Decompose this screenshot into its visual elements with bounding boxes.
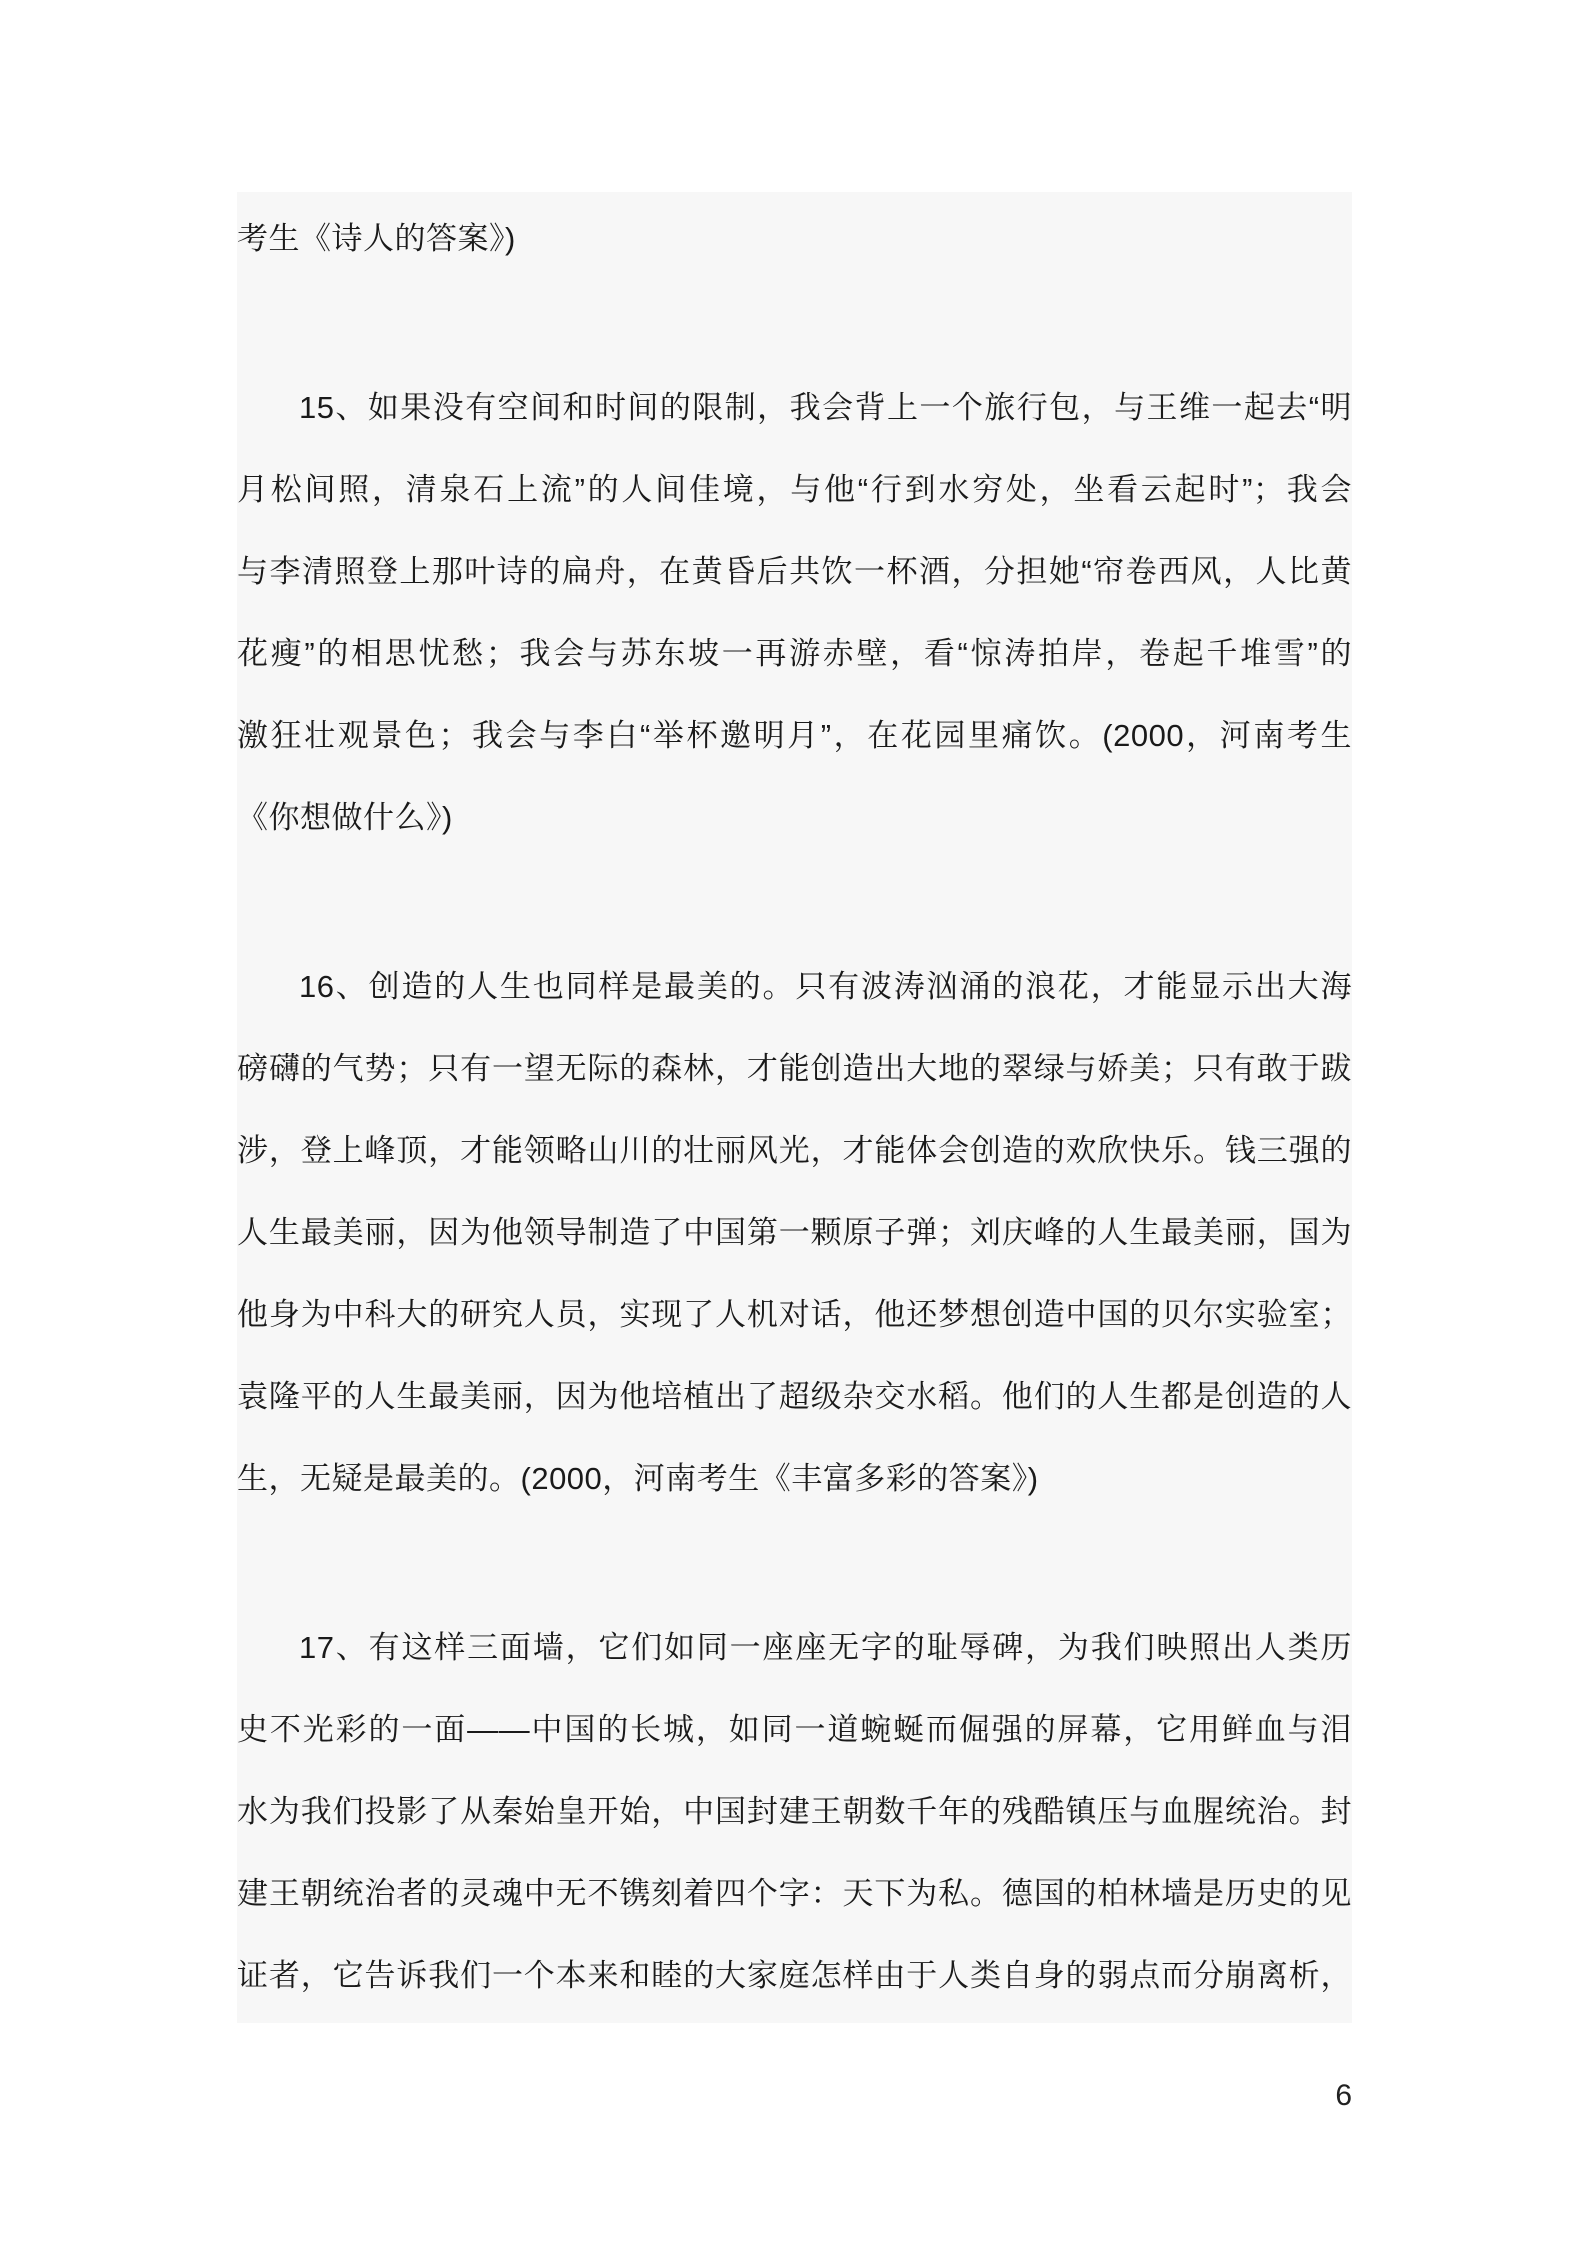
text-line: 与李清照登上那叶诗的扁舟，在黄昏后共饮一杯酒，分担她“帘卷西风，人比黄 xyxy=(237,531,1352,613)
text-line: 水为我们投影了从秦始皇开始，中国封建王朝数千年的残酷镇压与血腥统治。封 xyxy=(237,1771,1352,1853)
text-line: 涉，登上峰顶，才能领略山川的壮丽风光，才能体会创造的欢欣快乐。钱三强的 xyxy=(237,1110,1352,1192)
document-page: 考生《诗人的答案》)15、如果没有空间和时间的限制，我会背上一个旅行包，与王维一… xyxy=(0,0,1587,2245)
text-line: 《你想做什么》) xyxy=(237,777,1352,859)
text-line: 17、有这样三面墙，它们如同一座座无字的耻辱碑，为我们映照出人类历 xyxy=(237,1607,1352,1689)
document-body: 考生《诗人的答案》)15、如果没有空间和时间的限制，我会背上一个旅行包，与王维一… xyxy=(237,192,1352,2023)
page-number: 6 xyxy=(1335,2078,1352,2114)
paragraph: 15、如果没有空间和时间的限制，我会背上一个旅行包，与王维一起去“明月松间照，清… xyxy=(237,367,1352,859)
text-line: 月松间照，清泉石上流”的人间佳境，与他“行到水穷处，坐看云起时”；我会 xyxy=(237,449,1352,531)
text-line: 袁隆平的人生最美丽，因为他培植出了超级杂交水稻。他们的人生都是创造的人 xyxy=(237,1356,1352,1438)
text-line: 考生《诗人的答案》) xyxy=(237,198,1352,280)
text-line: 他身为中科大的研究人员，实现了人机对话，他还梦想创造中国的贝尔实验室； xyxy=(237,1274,1352,1356)
text-line: 15、如果没有空间和时间的限制，我会背上一个旅行包，与王维一起去“明 xyxy=(237,367,1352,449)
text-line: 史不光彩的一面——中国的长城，如同一道蜿蜒而倔强的屏幕，它用鲜血与泪 xyxy=(237,1689,1352,1771)
text-line: 人生最美丽，因为他领导制造了中国第一颗原子弹；刘庆峰的人生最美丽，国为 xyxy=(237,1192,1352,1274)
text-line: 建王朝统治者的灵魂中无不镌刻着四个字：天下为私。德国的柏林墙是历史的见 xyxy=(237,1853,1352,1935)
paragraph: 17、有这样三面墙，它们如同一座座无字的耻辱碑，为我们映照出人类历史不光彩的一面… xyxy=(237,1607,1352,2017)
text-line: 激狂壮观景色；我会与李白“举杯邀明月”，在花园里痛饮。(2000，河南考生 xyxy=(237,695,1352,777)
text-line: 16、创造的人生也同样是最美的。只有波涛汹涌的浪花，才能显示出大海 xyxy=(237,946,1352,1028)
paragraph: 16、创造的人生也同样是最美的。只有波涛汹涌的浪花，才能显示出大海磅礴的气势；只… xyxy=(237,946,1352,1520)
text-line: 生，无疑是最美的。(2000，河南考生《丰富多彩的答案》) xyxy=(237,1438,1352,1520)
text-line: 磅礴的气势；只有一望无际的森林，才能创造出大地的翠绿与娇美；只有敢于跋 xyxy=(237,1028,1352,1110)
paragraph: 考生《诗人的答案》) xyxy=(237,198,1352,280)
text-line: 花瘦”的相思忧愁；我会与苏东坡一再游赤壁，看“惊涛拍岸，卷起千堆雪”的 xyxy=(237,613,1352,695)
text-line: 证者，它告诉我们一个本来和睦的大家庭怎样由于人类自身的弱点而分崩离析， xyxy=(237,1935,1352,2017)
